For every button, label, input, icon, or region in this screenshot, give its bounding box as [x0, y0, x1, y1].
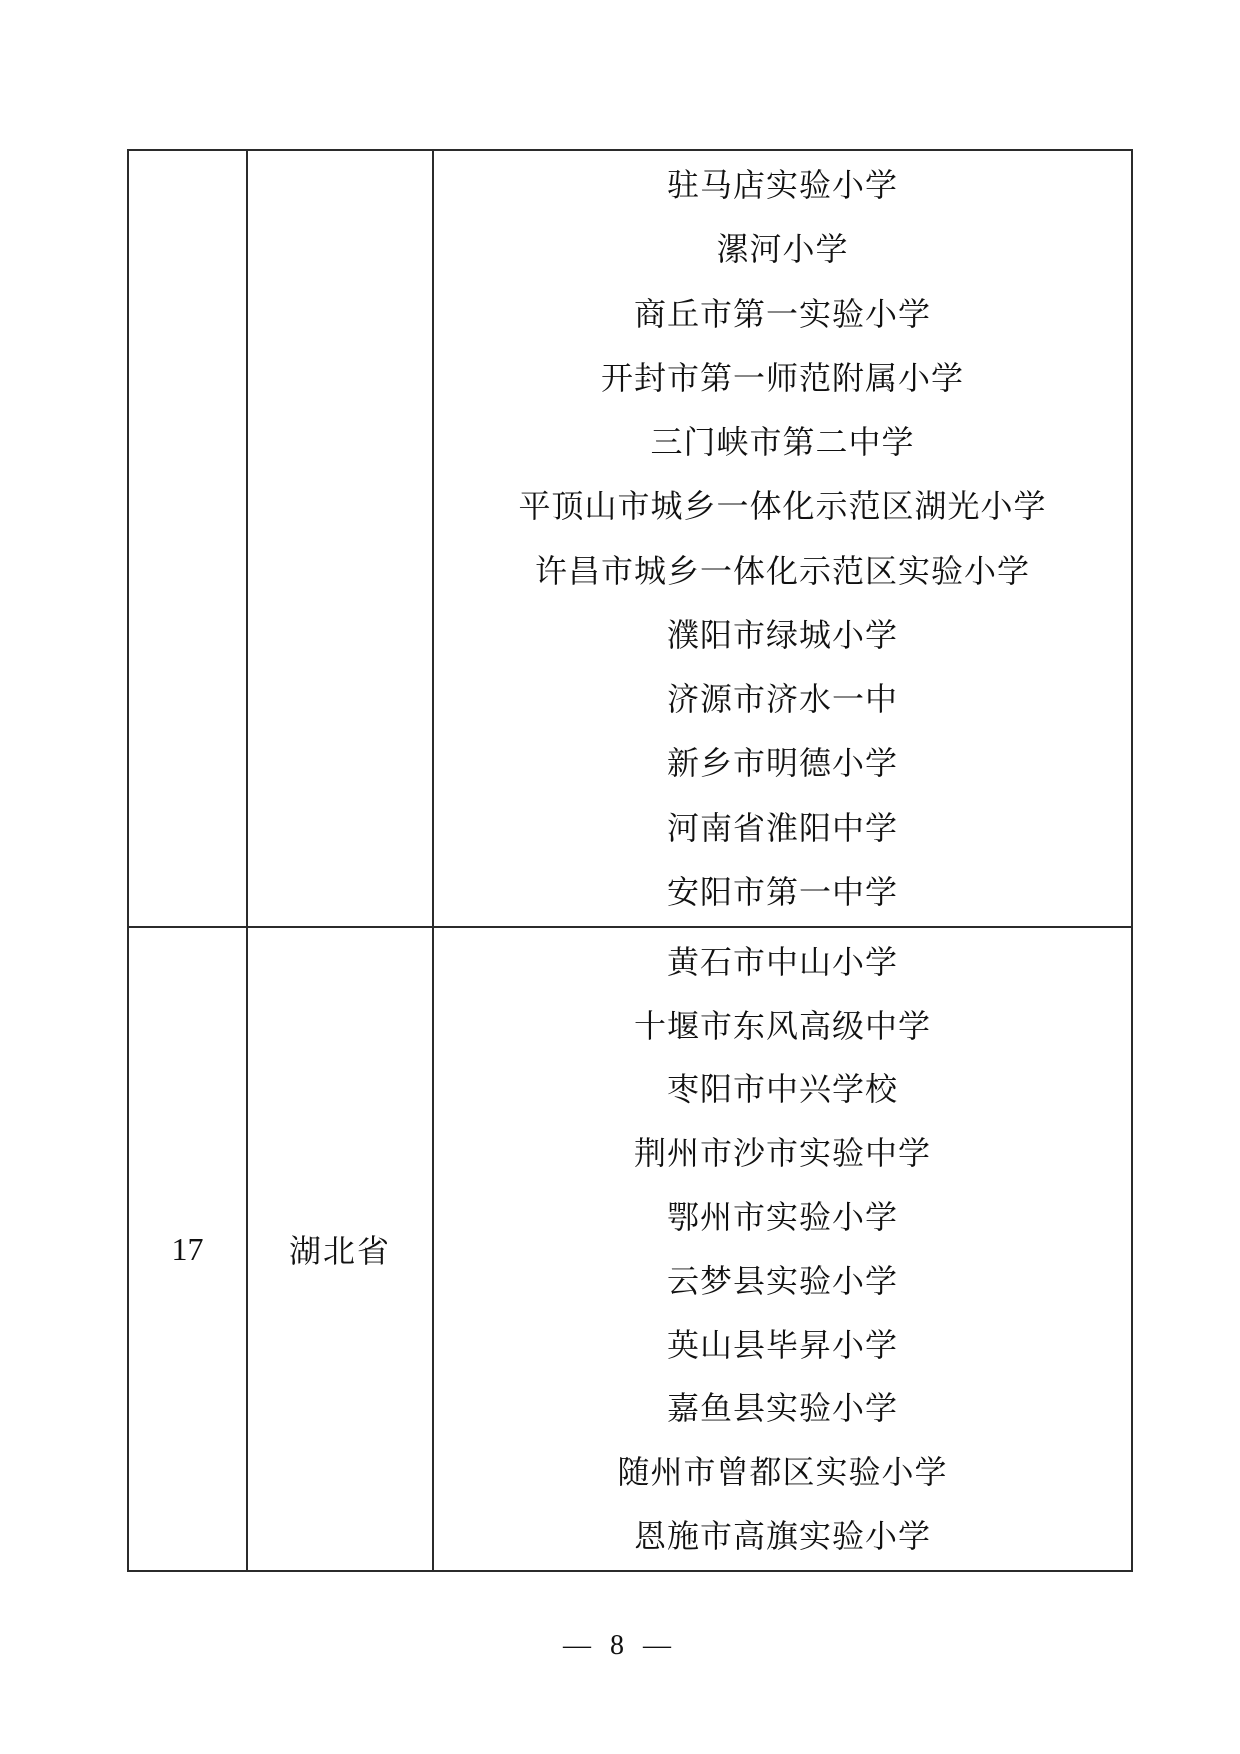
school-name: 嘉鱼县实验小学: [667, 1392, 898, 1424]
school-name: 三门峡市第二中学: [650, 426, 914, 458]
school-name: 荆州市沙市实验中学: [634, 1137, 931, 1169]
school-name: 平顶山市城乡一体化示范区湖光小学: [518, 490, 1046, 522]
school-name: 开封市第一师范附属小学: [601, 362, 964, 394]
school-name: 济源市济水一中: [667, 683, 898, 715]
school-name: 许昌市城乡一体化示范区实验小学: [535, 555, 1030, 587]
page-number: — 8 —: [0, 1630, 1240, 1662]
school-list-table: 驻马店实验小学 漯河小学 商丘市第一实验小学 开封市第一师范附属小学 三门峡市第…: [127, 149, 1133, 1572]
row-number-cell: [129, 151, 248, 926]
school-name: 漯河小学: [716, 233, 848, 265]
school-name: 鄂州市实验小学: [667, 1201, 898, 1233]
school-name: 商丘市第一实验小学: [634, 298, 931, 330]
school-name: 新乡市明德小学: [667, 747, 898, 779]
school-name: 河南省淮阳中学: [667, 812, 898, 844]
school-name: 随州市曾都区实验小学: [617, 1456, 947, 1488]
school-name: 恩施市高旗实验小学: [634, 1520, 931, 1552]
school-name: 黄石市中山小学: [667, 946, 898, 978]
school-list: 驻马店实验小学 漯河小学 商丘市第一实验小学 开封市第一师范附属小学 三门峡市第…: [434, 151, 1131, 926]
school-list: 黄石市中山小学 十堰市东风高级中学 枣阳市中兴学校 荆州市沙市实验中学 鄂州市实…: [434, 928, 1131, 1570]
school-name: 枣阳市中兴学校: [667, 1073, 898, 1105]
row-number-cell: 17: [129, 928, 248, 1570]
school-name: 驻马店实验小学: [667, 169, 898, 201]
school-name: 十堰市东风高级中学: [634, 1010, 931, 1042]
document-page: 驻马店实验小学 漯河小学 商丘市第一实验小学 开封市第一师范附属小学 三门峡市第…: [0, 0, 1240, 1754]
province-cell: 湖北省: [248, 928, 434, 1570]
table-row: 驻马店实验小学 漯河小学 商丘市第一实验小学 开封市第一师范附属小学 三门峡市第…: [129, 151, 1131, 928]
school-name: 云梦县实验小学: [667, 1265, 898, 1297]
province-cell: [248, 151, 434, 926]
school-name: 安阳市第一中学: [667, 876, 898, 908]
school-name: 濮阳市绿城小学: [667, 619, 898, 651]
table-row: 17 湖北省 黄石市中山小学 十堰市东风高级中学 枣阳市中兴学校 荆州市沙市实验…: [129, 928, 1131, 1570]
school-name: 英山县毕昇小学: [667, 1329, 898, 1361]
